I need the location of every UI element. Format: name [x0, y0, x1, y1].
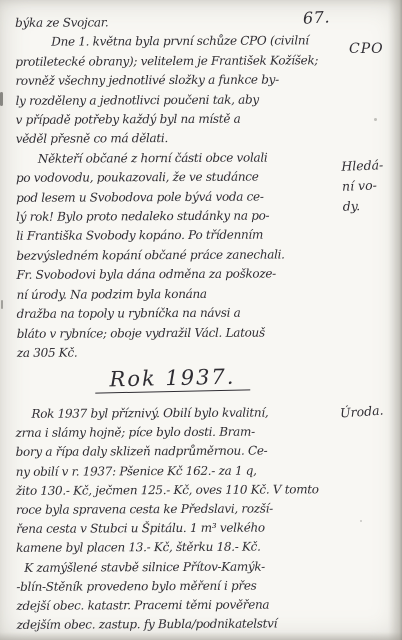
margin-note-cpo: CPO	[349, 41, 384, 57]
scan-edge-shadow	[388, 0, 402, 640]
handwritten-line: věděl přesně co má dělati.	[16, 129, 346, 150]
handwritten-line: li Františka Svobody kopáno. Po třídenní…	[16, 226, 346, 247]
handwritten-line: roce byla spravena cesta ke Předslavi, r…	[16, 499, 346, 520]
handwritten-line: zrna i slámy hojně; píce bylo dosti. Bra…	[15, 422, 345, 443]
section-heading-rok-1937: Rok 1937.	[95, 364, 251, 393]
margin-note-hledani-vody: Hledá- ní vo- dy.	[341, 155, 385, 216]
handwritten-line: zdejším obec. zastup. fy Bubla/podnikate…	[17, 614, 347, 635]
handwritten-line: ny obilí v r. 1937: Pšenice Kč 162.- za …	[16, 461, 346, 482]
margin-note-line: Hledá-	[341, 155, 384, 176]
handwritten-line: kamene byl placen 13.- Kč, štěrku 18.- K…	[16, 538, 346, 559]
handwritten-line: Někteří občané z horní části obce volali	[16, 148, 346, 169]
scan-speck	[374, 118, 377, 121]
handwritten-line: pod lesem u Svobodova pole bývá voda ce-	[16, 187, 346, 208]
margin-note-line: ní vo-	[342, 175, 385, 196]
handwritten-line: Rok 1937 byl příznivý. Obilí bylo kvalit…	[15, 403, 345, 424]
scan-artifact	[0, 92, 3, 106]
handwritten-line: v případě potřeby každý byl na místě a	[16, 109, 346, 130]
chronicle-page: 67. býka ze Svojcar.Dne 1. května byla p…	[0, 0, 402, 640]
handwritten-line: bezvýsledném kopání občané práce zanecha…	[16, 245, 346, 266]
handwritten-line: býka ze Svojcar.	[15, 12, 345, 33]
handwritten-line: rovněž všechny jednotlivé složky a funkc…	[15, 70, 345, 91]
handwritten-line: bláto v rybníce; oboje vydražil Václ. La…	[17, 323, 347, 344]
handwritten-line: lý rok! Bylo proto nedaleko studánky na …	[16, 206, 346, 227]
handwritten-line: dražba na topoly u rybníčka na návsi a	[17, 303, 347, 324]
margin-note-line: dy.	[342, 195, 385, 216]
scan-artifact	[1, 300, 3, 309]
scan-speck	[360, 520, 362, 522]
handwritten-line: žito 130.- Kč, ječmen 125.- Kč, oves 110…	[16, 480, 346, 501]
paragraph-block-1: býka ze Svojcar.Dne 1. května byla první…	[15, 12, 347, 363]
handwritten-line: zdejší obec. katastr. Pracemi těmi pověř…	[16, 595, 346, 616]
handwritten-line: Dne 1. května byla první schůze CPO (civ…	[15, 32, 345, 53]
margin-note-uroda: Úroda.	[340, 403, 384, 421]
handwritten-line: bory a řípa daly sklizeň nadprůměrnou. C…	[16, 442, 346, 463]
handwritten-line: ly rozděleny a jednotlivci poučeni tak, …	[15, 90, 345, 111]
handwritten-line: -blín-Stěník provedeno bylo měření i pře…	[16, 576, 346, 597]
handwritten-line: řena cesta v Stubci u Špitálu. 1 m³ velk…	[16, 518, 346, 539]
handwritten-line: Fr. Svobodovi byla dána odměna za poškoz…	[16, 264, 346, 285]
handwritten-line: za 305 Kč.	[17, 342, 347, 363]
paragraph-block-2: Rok 1937 byl příznivý. Obilí bylo kvalit…	[15, 403, 346, 635]
handwritten-line: po vodovodu, poukazovali, že ve studánce	[16, 167, 346, 188]
handwritten-line: protiletecké obrany); velitelem je Frant…	[15, 51, 345, 72]
handwritten-line: ní úrody. Na podzim byla konána	[17, 284, 347, 305]
handwritten-line: K zamýšlené stavbě silnice Přítov-Kamýk-	[16, 557, 346, 578]
